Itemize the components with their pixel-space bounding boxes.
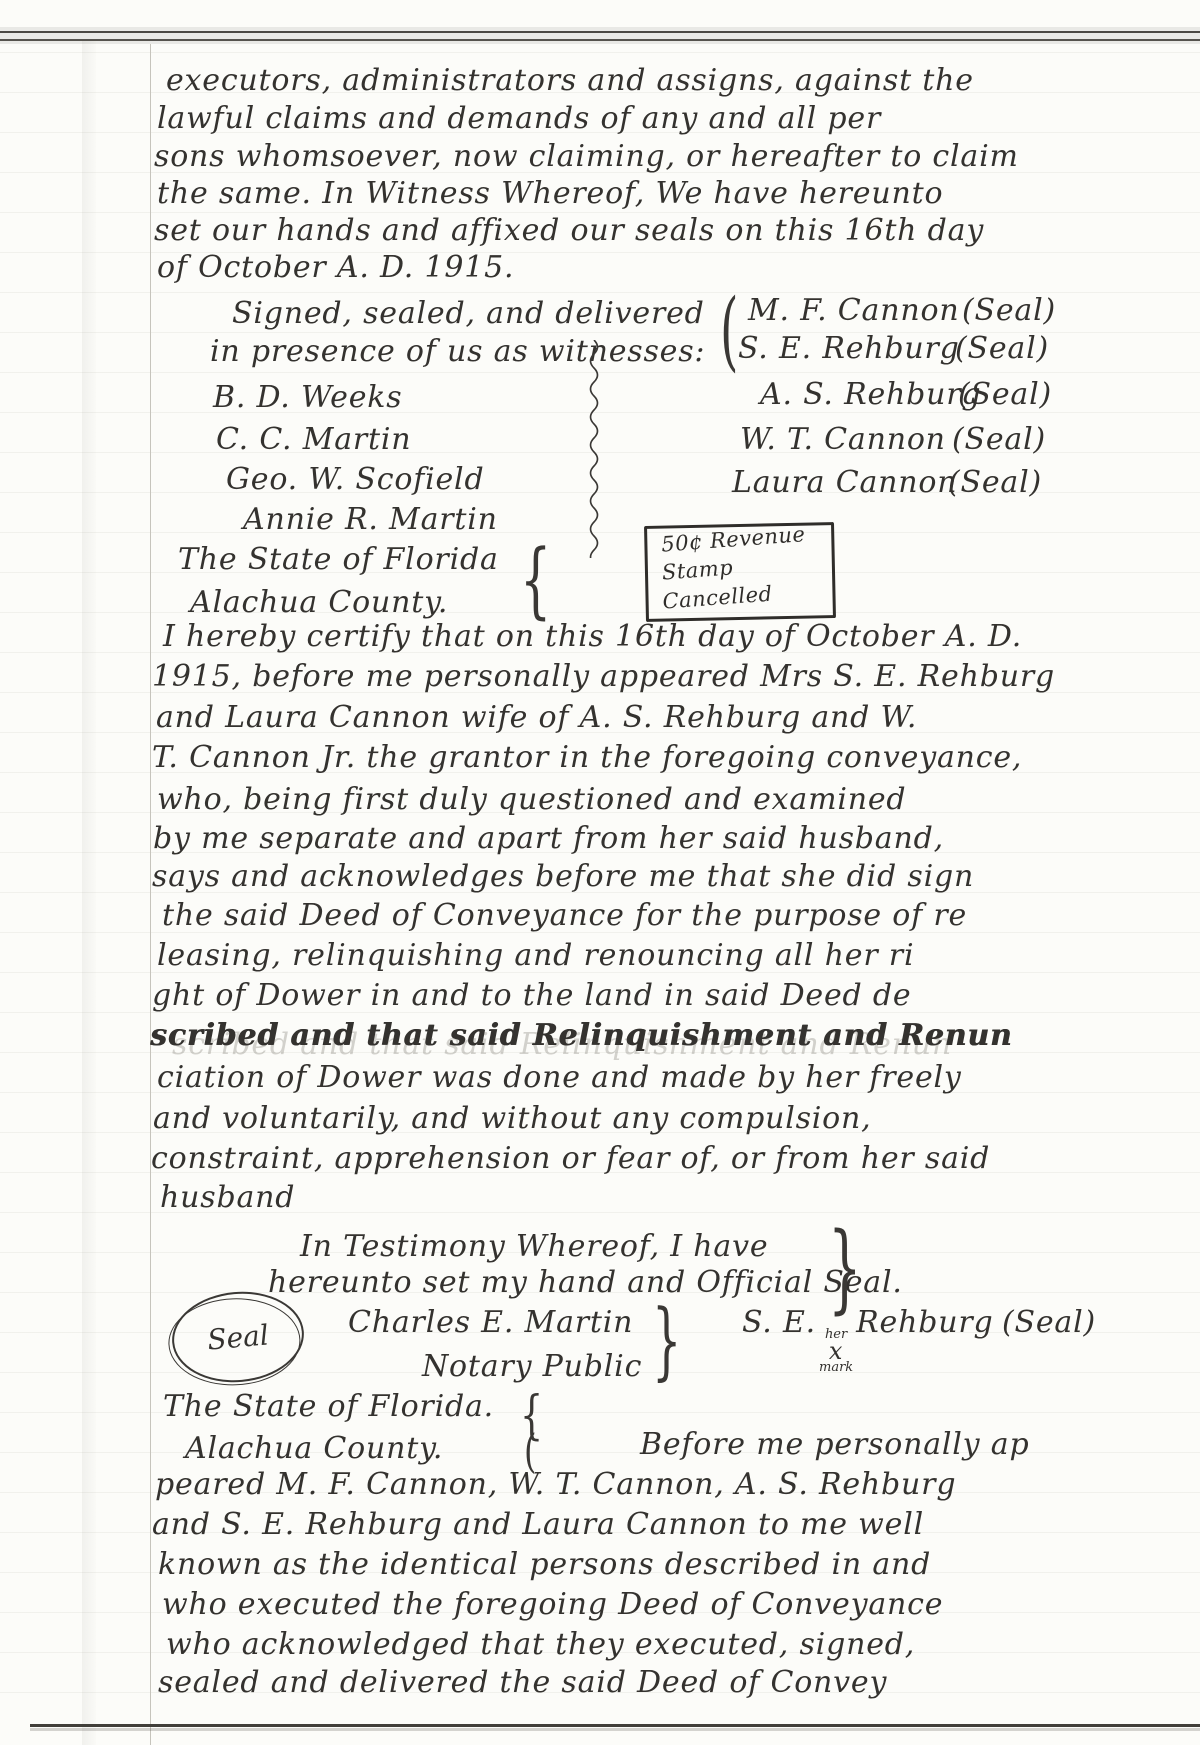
handwritten-line: executors, administrators and assigns, a…: [166, 64, 974, 97]
witness-name: Geo. W. Scofield: [226, 463, 484, 496]
mark-signature-surname: Rehburg: [856, 1305, 993, 1340]
state-caption: The State of Florida.: [163, 1390, 494, 1423]
scan-edge-shadow: [82, 40, 96, 1745]
revenue-stamp-box: 50¢ Revenue Stamp Cancelled: [644, 522, 836, 622]
state-caption: The State of Florida: [178, 543, 499, 576]
signers-brace: (: [720, 288, 738, 374]
handwritten-line: 1915, before me personally appeared Mrs …: [152, 660, 1055, 693]
witness-name: C. C. Martin: [216, 423, 411, 456]
mark-x-glyph: x: [829, 1341, 843, 1363]
signer-seal: (Seal): [955, 332, 1049, 365]
handwritten-line: says and acknowledges before me that she…: [152, 860, 974, 893]
handwritten-line: sealed and delivered the said Deed of Co…: [158, 1666, 887, 1699]
attestation-line: Signed, sealed, and delivered: [232, 297, 705, 330]
signer-seal: (Seal): [962, 294, 1056, 327]
testimony-brace: }: [828, 1220, 862, 1316]
handwritten-line: constraint, apprehension or fear of, or …: [151, 1142, 990, 1175]
signer-name: S. E. Rehburg: [738, 332, 960, 365]
mark-word: mark: [819, 1362, 853, 1374]
deed-book-page: executors, administrators and assigns, a…: [0, 0, 1200, 1745]
handwritten-line: and Laura Cannon wife of A. S. Rehburg a…: [156, 701, 917, 734]
signer-name: M. F. Cannon: [748, 294, 959, 327]
seal-label: Seal: [206, 1318, 270, 1356]
handwritten-line: and voluntarily, and without any compuls…: [153, 1102, 872, 1135]
jurat-brace: {: [520, 540, 551, 622]
testimony-line: hereunto set my hand and Official Seal.: [268, 1266, 903, 1299]
notary-title: Notary Public: [422, 1350, 642, 1383]
county-caption: Alachua County.: [190, 586, 448, 619]
top-edge-wash: [0, 27, 1200, 44]
handwritten-line: ght of Dower in and to the land in said …: [152, 979, 911, 1012]
handwritten-line: Before me personally ap: [640, 1428, 1029, 1461]
notary-name: Charles E. Martin: [348, 1306, 633, 1339]
notary-brace: }: [652, 1298, 681, 1382]
handwritten-line: lawful claims and demands of any and all…: [157, 102, 881, 135]
handwritten-line-rewritten: scribed and that said Relinquishment and…: [150, 1019, 1012, 1052]
attestation-line: in presence of us as witnesses:: [210, 335, 705, 368]
handwritten-line: husband: [160, 1181, 295, 1214]
bottom-page-rule: [30, 1724, 1200, 1727]
handwritten-line: and S. E. Rehburg and Laura Cannon to me…: [152, 1508, 924, 1541]
handwritten-line: sons whomsoever, now claiming, or hereaf…: [154, 140, 1019, 173]
her-mark-stack: herxmark: [819, 1329, 853, 1374]
handwritten-line: the said Deed of Conveyance for the purp…: [162, 899, 967, 932]
witness-name: B. D. Weeks: [213, 381, 402, 414]
mark-signature: S. E.herxmarkRehburg: [742, 1306, 994, 1374]
mark-signature-initials: S. E.: [742, 1305, 816, 1340]
handwritten-line: I hereby certify that on this 16th day o…: [163, 620, 1022, 653]
top-edge-rule-lower: [0, 39, 1200, 41]
handwritten-line: who, being first duly questioned and exa…: [157, 783, 906, 816]
testimony-line: In Testimony Whereof, I have: [300, 1230, 768, 1263]
handwritten-line: set our hands and affixed our seals on t…: [154, 214, 984, 247]
handwritten-line: known as the identical persons described…: [158, 1548, 931, 1581]
handwritten-line: T. Cannon Jr. the grantor in the foregoi…: [152, 741, 1022, 774]
notary-seal-drawing: Seal: [168, 1286, 307, 1387]
witness-name: Annie R. Martin: [243, 503, 498, 536]
handwritten-line: the same. In Witness Whereof, We have he…: [157, 177, 943, 210]
handwritten-line: peared M. F. Cannon, W. T. Cannon, A. S.…: [155, 1468, 956, 1501]
handwritten-line: ciation of Dower was done and made by he…: [157, 1061, 962, 1094]
top-edge-rule-upper: [0, 31, 1200, 33]
handwritten-line: who acknowledged that they executed, sig…: [166, 1628, 915, 1661]
handwritten-line: by me separate and apart from her said h…: [153, 822, 944, 855]
signer-seal: (Seal): [948, 466, 1042, 499]
signer-seal: (Seal): [952, 423, 1046, 456]
wavy-divider-line: [584, 340, 604, 558]
county-caption: Alachua County.: [185, 1432, 443, 1465]
handwritten-line: of October A. D. 1915.: [157, 251, 514, 284]
mark-signature-seal: (Seal): [1002, 1306, 1096, 1339]
left-margin-line: [150, 44, 151, 1745]
signer-name: A. S. Rehburg: [760, 378, 981, 411]
signer-seal: (Seal): [958, 378, 1052, 411]
handwritten-line: leasing, relinquishing and renouncing al…: [157, 939, 914, 972]
signer-name: Laura Cannon: [732, 466, 957, 499]
handwritten-line: who executed the foregoing Deed of Conve…: [162, 1588, 943, 1621]
signer-name: W. T. Cannon: [740, 423, 946, 456]
